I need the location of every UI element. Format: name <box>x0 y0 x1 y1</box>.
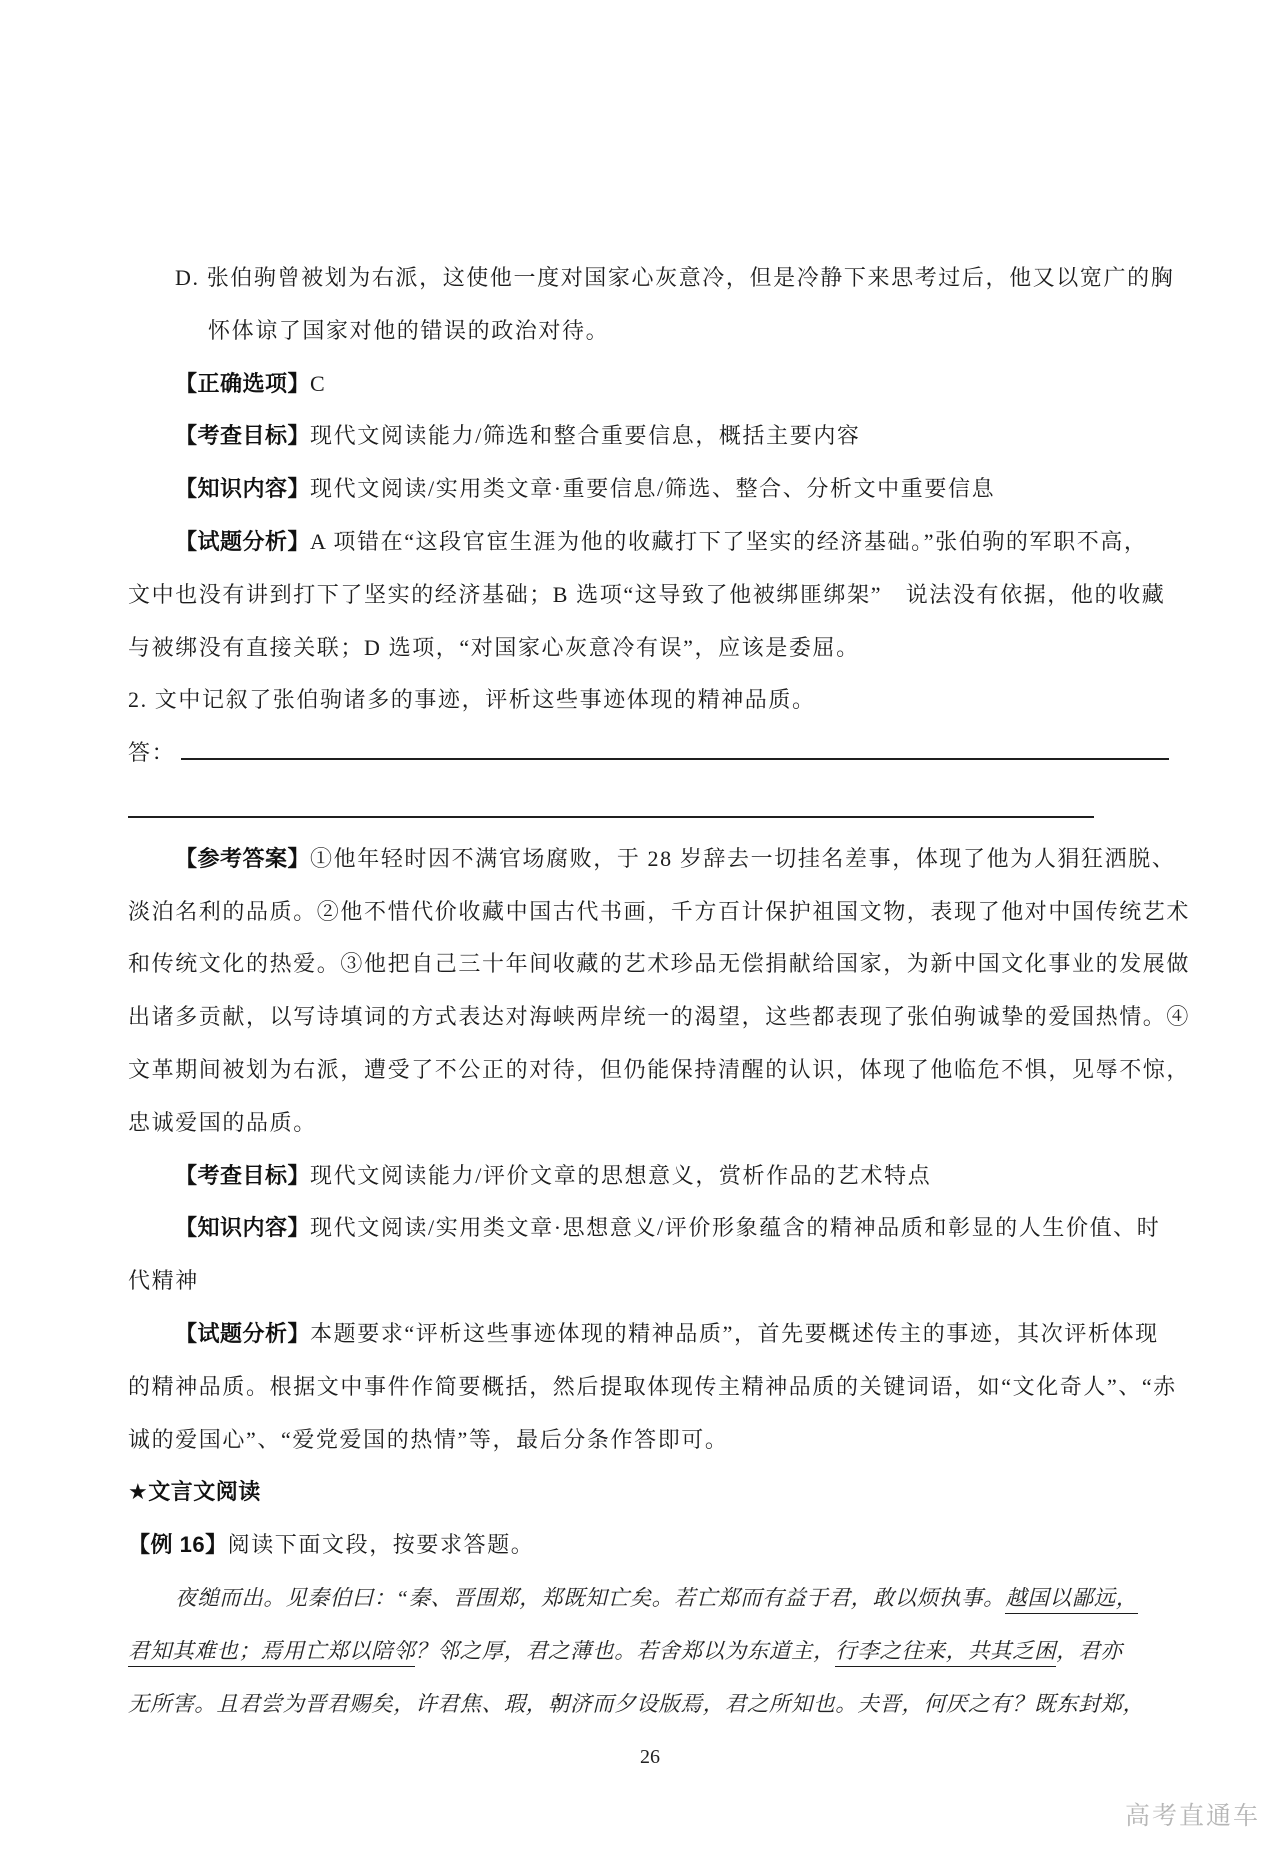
text-segment: 【知识内容】 <box>175 1215 310 1240</box>
text-segment: 【试题分析】 <box>175 529 310 554</box>
text-segment: 君知其难也；焉用亡郑以陪邻 <box>128 1639 415 1667</box>
text-segment: 越国以鄙远， <box>1005 1586 1138 1614</box>
text-segment: 【考查目标】 <box>175 423 310 448</box>
question-analysis-2-line-2: 的精神品质。根据文中事件作简要概括，然后提取体现传主精神品质的关键词语，如“文化… <box>128 1361 1172 1414</box>
answer-blank-line-2 <box>128 780 1172 833</box>
text-segment: 本题要求“评析这些事迹体现的精神品质”，首先要概述传主的事迹，其次评析体现 <box>310 1321 1159 1346</box>
text-segment: 与被绑没有直接关联；D 选项，“对国家心灰意冷有误”，应该是委屈。 <box>128 635 860 660</box>
knowledge-content-line: 【知识内容】现代文阅读/实用类文章·重要信息/筛选、整合、分析文中重要信息 <box>128 463 1172 516</box>
text-segment: A 项错在“这段官宦生涯为他的收藏打下了坚实的经济基础。”张伯驹的军职不高， <box>310 529 1148 554</box>
reference-answer-line-2: 淡泊名利的品质。②他不惜代价收藏中国古代书画，千方百计保护祖国文物，表现了他对中… <box>128 886 1172 939</box>
text-segment: ①他年轻时因不满官场腐败，于 28 岁辞去一切挂名差事，体现了他为人狷狂洒脱、 <box>310 846 1175 871</box>
text-segment: 诚的爱国心”、“爱党爱国的热情”等，最后分条作答即可。 <box>128 1427 729 1452</box>
classical-passage-line-1: 夜缒而出。见秦伯曰：“秦、晋围郑，郑既知亡矣。若亡郑而有益于君，敢以烦执事。越国… <box>128 1572 1172 1625</box>
text-segment: 和传统文化的热爱。③他把自己三十年间收藏的艺术珍品无偿捐献给国家，为新中国文化事… <box>128 951 1190 976</box>
reference-answer-line-5: 文革期间被划为右派，遭受了不公正的对待，但仍能保持清醒的认识，体现了他临危不惧，… <box>128 1044 1172 1097</box>
option-d-text-line-2: 怀体谅了国家对他的错误的政治对待。 <box>128 305 1172 358</box>
text-segment: 现代文阅读能力/评价文章的思想意义，赏析作品的艺术特点 <box>310 1163 931 1188</box>
option-d-text-line-1: D. 张伯驹曾被划为右派，这使他一度对国家心灰意冷，但是冷静下来思考过后，他又以… <box>128 252 1172 305</box>
text-segment: ★文言文阅读 <box>128 1479 261 1504</box>
text-segment: 缒 <box>197 1572 219 1625</box>
correct-option-line: 【正确选项】C <box>128 358 1172 411</box>
text-segment: 现代文阅读能力/筛选和整合重要信息，概括主要内容 <box>310 423 861 448</box>
classical-passage-line-2: 君知其难也；焉用亡郑以陪邻？邻之厚，君之薄也。若舍郑以为东道主，行李之往来，共其… <box>128 1625 1172 1678</box>
text-segment: 代精神 <box>128 1268 199 1293</box>
text-segment: 文中也没有讲到打下了坚实的经济基础；B 选项“这导致了他被绑匪绑架” 说法没有依… <box>128 582 1165 607</box>
question-analysis-line-3: 与被绑没有直接关联；D 选项，“对国家心灰意冷有误”，应该是委屈。 <box>128 622 1172 675</box>
reference-answer-line-6: 忠诚爱国的品质。 <box>128 1097 1172 1150</box>
text-segment: 东 <box>1056 1678 1078 1731</box>
text-segment: 【知识内容】 <box>175 476 310 501</box>
text-segment: 而出。见秦伯曰：“秦、晋围郑，郑既知亡矣。若亡郑而有益于君，敢以烦执事。 <box>219 1586 1005 1610</box>
answer-rule <box>128 816 1094 818</box>
question-analysis-2-line-1: 【试题分析】本题要求“评析这些事迹体现的精神品质”，首先要概述传主的事迹，其次评… <box>128 1308 1172 1361</box>
exam-target-line: 【考查目标】现代文阅读能力/筛选和整合重要信息，概括主要内容 <box>128 410 1172 463</box>
document-content: D. 张伯驹曾被划为右派，这使他一度对国家心灰意冷，但是冷静下来思考过后，他又以… <box>128 252 1172 1730</box>
answer-prompt-line: 答： <box>128 727 1172 780</box>
text-segment: 夜 <box>175 1586 197 1610</box>
text-segment: 淡泊名利的品质。②他不惜代价收藏中国古代书画，千方百计保护祖国文物，表现了他对中… <box>128 899 1190 924</box>
text-segment: 行李之往来，共其乏困 <box>835 1639 1056 1667</box>
text-segment: C <box>310 371 326 396</box>
text-segment: 现代文阅读/实用类文章·思想意义/评价形象蕴含的精神品质和彰显的人生价值、时 <box>310 1215 1160 1240</box>
exam-target-2-line: 【考查目标】现代文阅读能力/评价文章的思想意义，赏析作品的艺术特点 <box>128 1150 1172 1203</box>
text-segment: 【参考答案】 <box>175 846 310 871</box>
page-number: 26 <box>128 1742 1172 1772</box>
reference-answer-line-1: 【参考答案】①他年轻时因不满官场腐败，于 28 岁辞去一切挂名差事，体现了他为人… <box>128 833 1172 886</box>
watermark: 高考直通车 <box>1125 1799 1260 1833</box>
text-segment: 怀体谅了国家对他的错误的政治对待。 <box>208 318 609 343</box>
reference-answer-line-3: 和传统文化的热爱。③他把自己三十年间收藏的艺术珍品无偿捐献给国家，为新中国文化事… <box>128 938 1172 991</box>
question-analysis-line-2: 文中也没有讲到打下了坚实的经济基础；B 选项“这导致了他被绑匪绑架” 说法没有依… <box>128 569 1172 622</box>
knowledge-content-2-line-1: 【知识内容】现代文阅读/实用类文章·思想意义/评价形象蕴含的精神品质和彰显的人生… <box>128 1202 1172 1255</box>
text-segment: 文革期间被划为右派，遭受了不公正的对待，但仍能保持清醒的认识，体现了他临危不惧，… <box>128 1057 1190 1082</box>
text-segment: 【考查目标】 <box>175 1163 310 1188</box>
text-segment: 【例 16】 <box>128 1532 228 1557</box>
text-segment: 2. 文中记叙了张伯驹诸多的事迹，评析这些事迹体现的精神品质。 <box>128 687 816 712</box>
text-segment: ？邻之厚，君之薄也。若舍郑以为东道主， <box>415 1639 835 1663</box>
text-segment: 出诸多贡献，以写诗填词的方式表达对海峡两岸统一的渴望，这些都表现了张伯驹诚挚的爱… <box>128 1004 1190 1029</box>
text-segment: 无所害。且君尝为晋君赐矣，许君焦、瑕， <box>128 1692 548 1716</box>
question-analysis-line-1: 【试题分析】A 项错在“这段官宦生涯为他的收藏打下了坚实的经济基础。”张伯驹的军… <box>128 516 1172 569</box>
document-page: D. 张伯驹曾被划为右派，这使他一度对国家心灰意冷，但是冷静下来思考过后，他又以… <box>0 0 1280 1858</box>
text-segment: D. 张伯驹曾被划为右派，这使他一度对国家心灰意冷，但是冷静下来思考过后，他又以… <box>175 265 1174 290</box>
text-segment: 朝 <box>548 1678 570 1731</box>
section-heading-classical-reading: ★文言文阅读 <box>128 1466 1172 1519</box>
text-segment: 【正确选项】 <box>175 371 310 396</box>
classical-passage-line-3: 无所害。且君尝为晋君赐矣，许君焦、瑕，朝济而夕设版焉，君之所知也。夫晋，何厌之有… <box>128 1678 1172 1731</box>
reference-answer-line-4: 出诸多贡献，以写诗填词的方式表达对海峡两岸统一的渴望，这些都表现了张伯驹诚挚的爱… <box>128 991 1172 1044</box>
text-segment: 【试题分析】 <box>175 1321 310 1346</box>
text-segment: 封郑， <box>1078 1692 1144 1716</box>
text-segment: 忠诚爱国的品质。 <box>128 1110 317 1135</box>
text-segment: 阅读下面文段，按要求答题。 <box>228 1532 535 1557</box>
text-segment: 现代文阅读/实用类文章·重要信息/筛选、整合、分析文中重要信息 <box>310 476 995 501</box>
text-segment: 的精神品质。根据文中事件作简要概括，然后提取体现传主精神品质的关键词语，如“文化… <box>128 1374 1177 1399</box>
knowledge-content-2-line-2: 代精神 <box>128 1255 1172 1308</box>
question-2-line: 2. 文中记叙了张伯驹诸多的事迹，评析这些事迹体现的精神品质。 <box>128 674 1172 727</box>
text-segment: 答： <box>128 740 175 765</box>
example-16-line: 【例 16】阅读下面文段，按要求答题。 <box>128 1519 1172 1572</box>
question-analysis-2-line-3: 诚的爱国心”、“爱党爱国的热情”等，最后分条作答即可。 <box>128 1414 1172 1467</box>
answer-blank <box>181 730 1169 760</box>
text-segment: ，君亦 <box>1056 1639 1122 1663</box>
text-segment: 济而夕设版焉，君之所知也。夫晋，何厌之有？既 <box>570 1692 1056 1716</box>
